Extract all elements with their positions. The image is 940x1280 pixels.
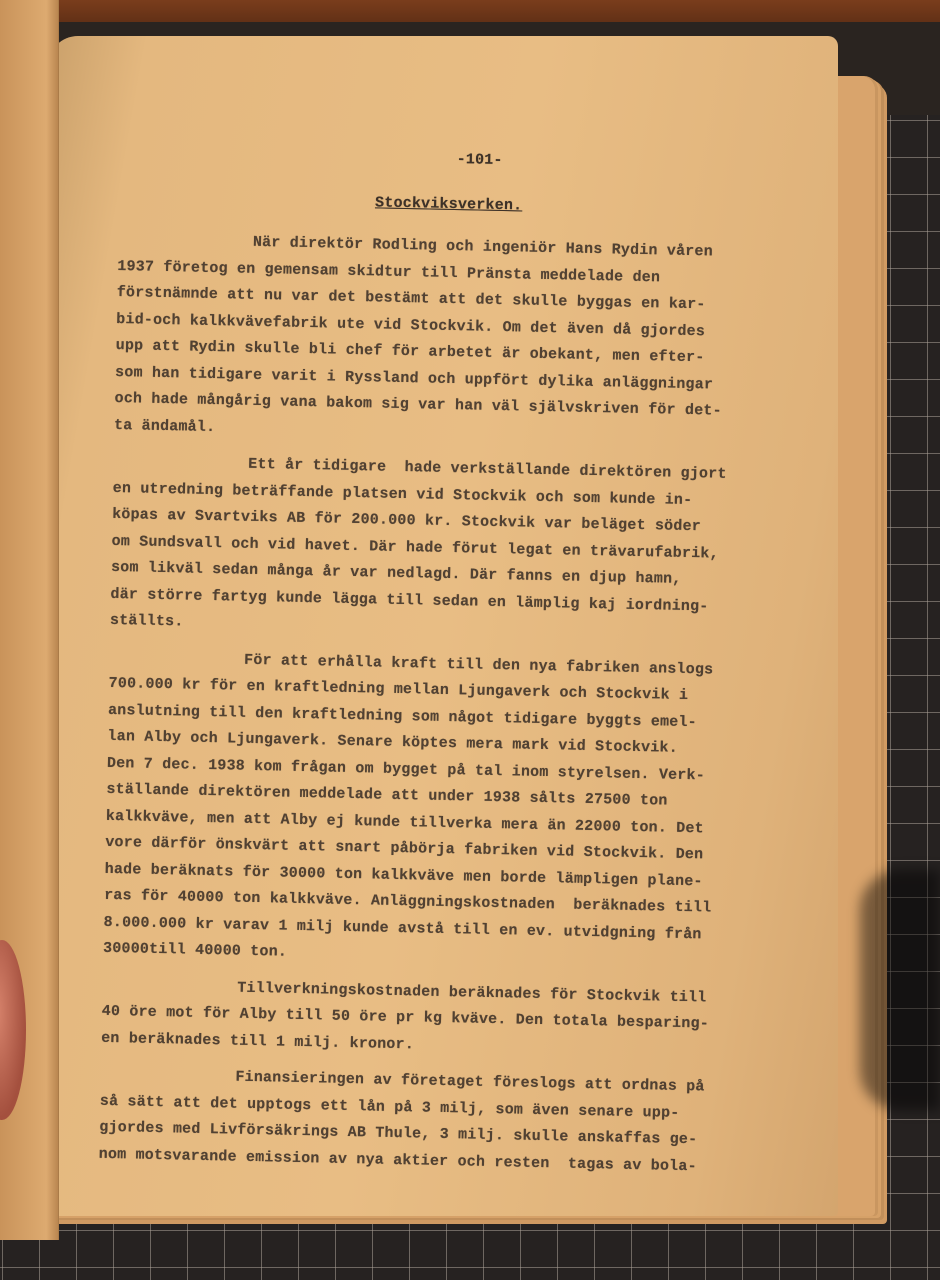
section-heading: Stockviksverken. xyxy=(79,184,819,226)
typewritten-text: -101- Stockviksverken. När direktör Rodl… xyxy=(98,140,820,1192)
paragraph: Finansieringen av företaget föreslogs at… xyxy=(98,1062,800,1183)
body-paragraphs: När direktör Rodling och ingeniör Hans R… xyxy=(98,227,818,1182)
paragraph: Ett år tidigare hade verkställande direk… xyxy=(110,449,814,649)
paragraph: Tillverkningskostnaden beräknades för St… xyxy=(101,972,803,1066)
paragraph: För att erhålla kraft till den nya fabri… xyxy=(103,644,810,977)
paragraph: När direktör Rodling och ingeniör Hans R… xyxy=(114,227,818,454)
hand-shadow xyxy=(860,870,940,1110)
